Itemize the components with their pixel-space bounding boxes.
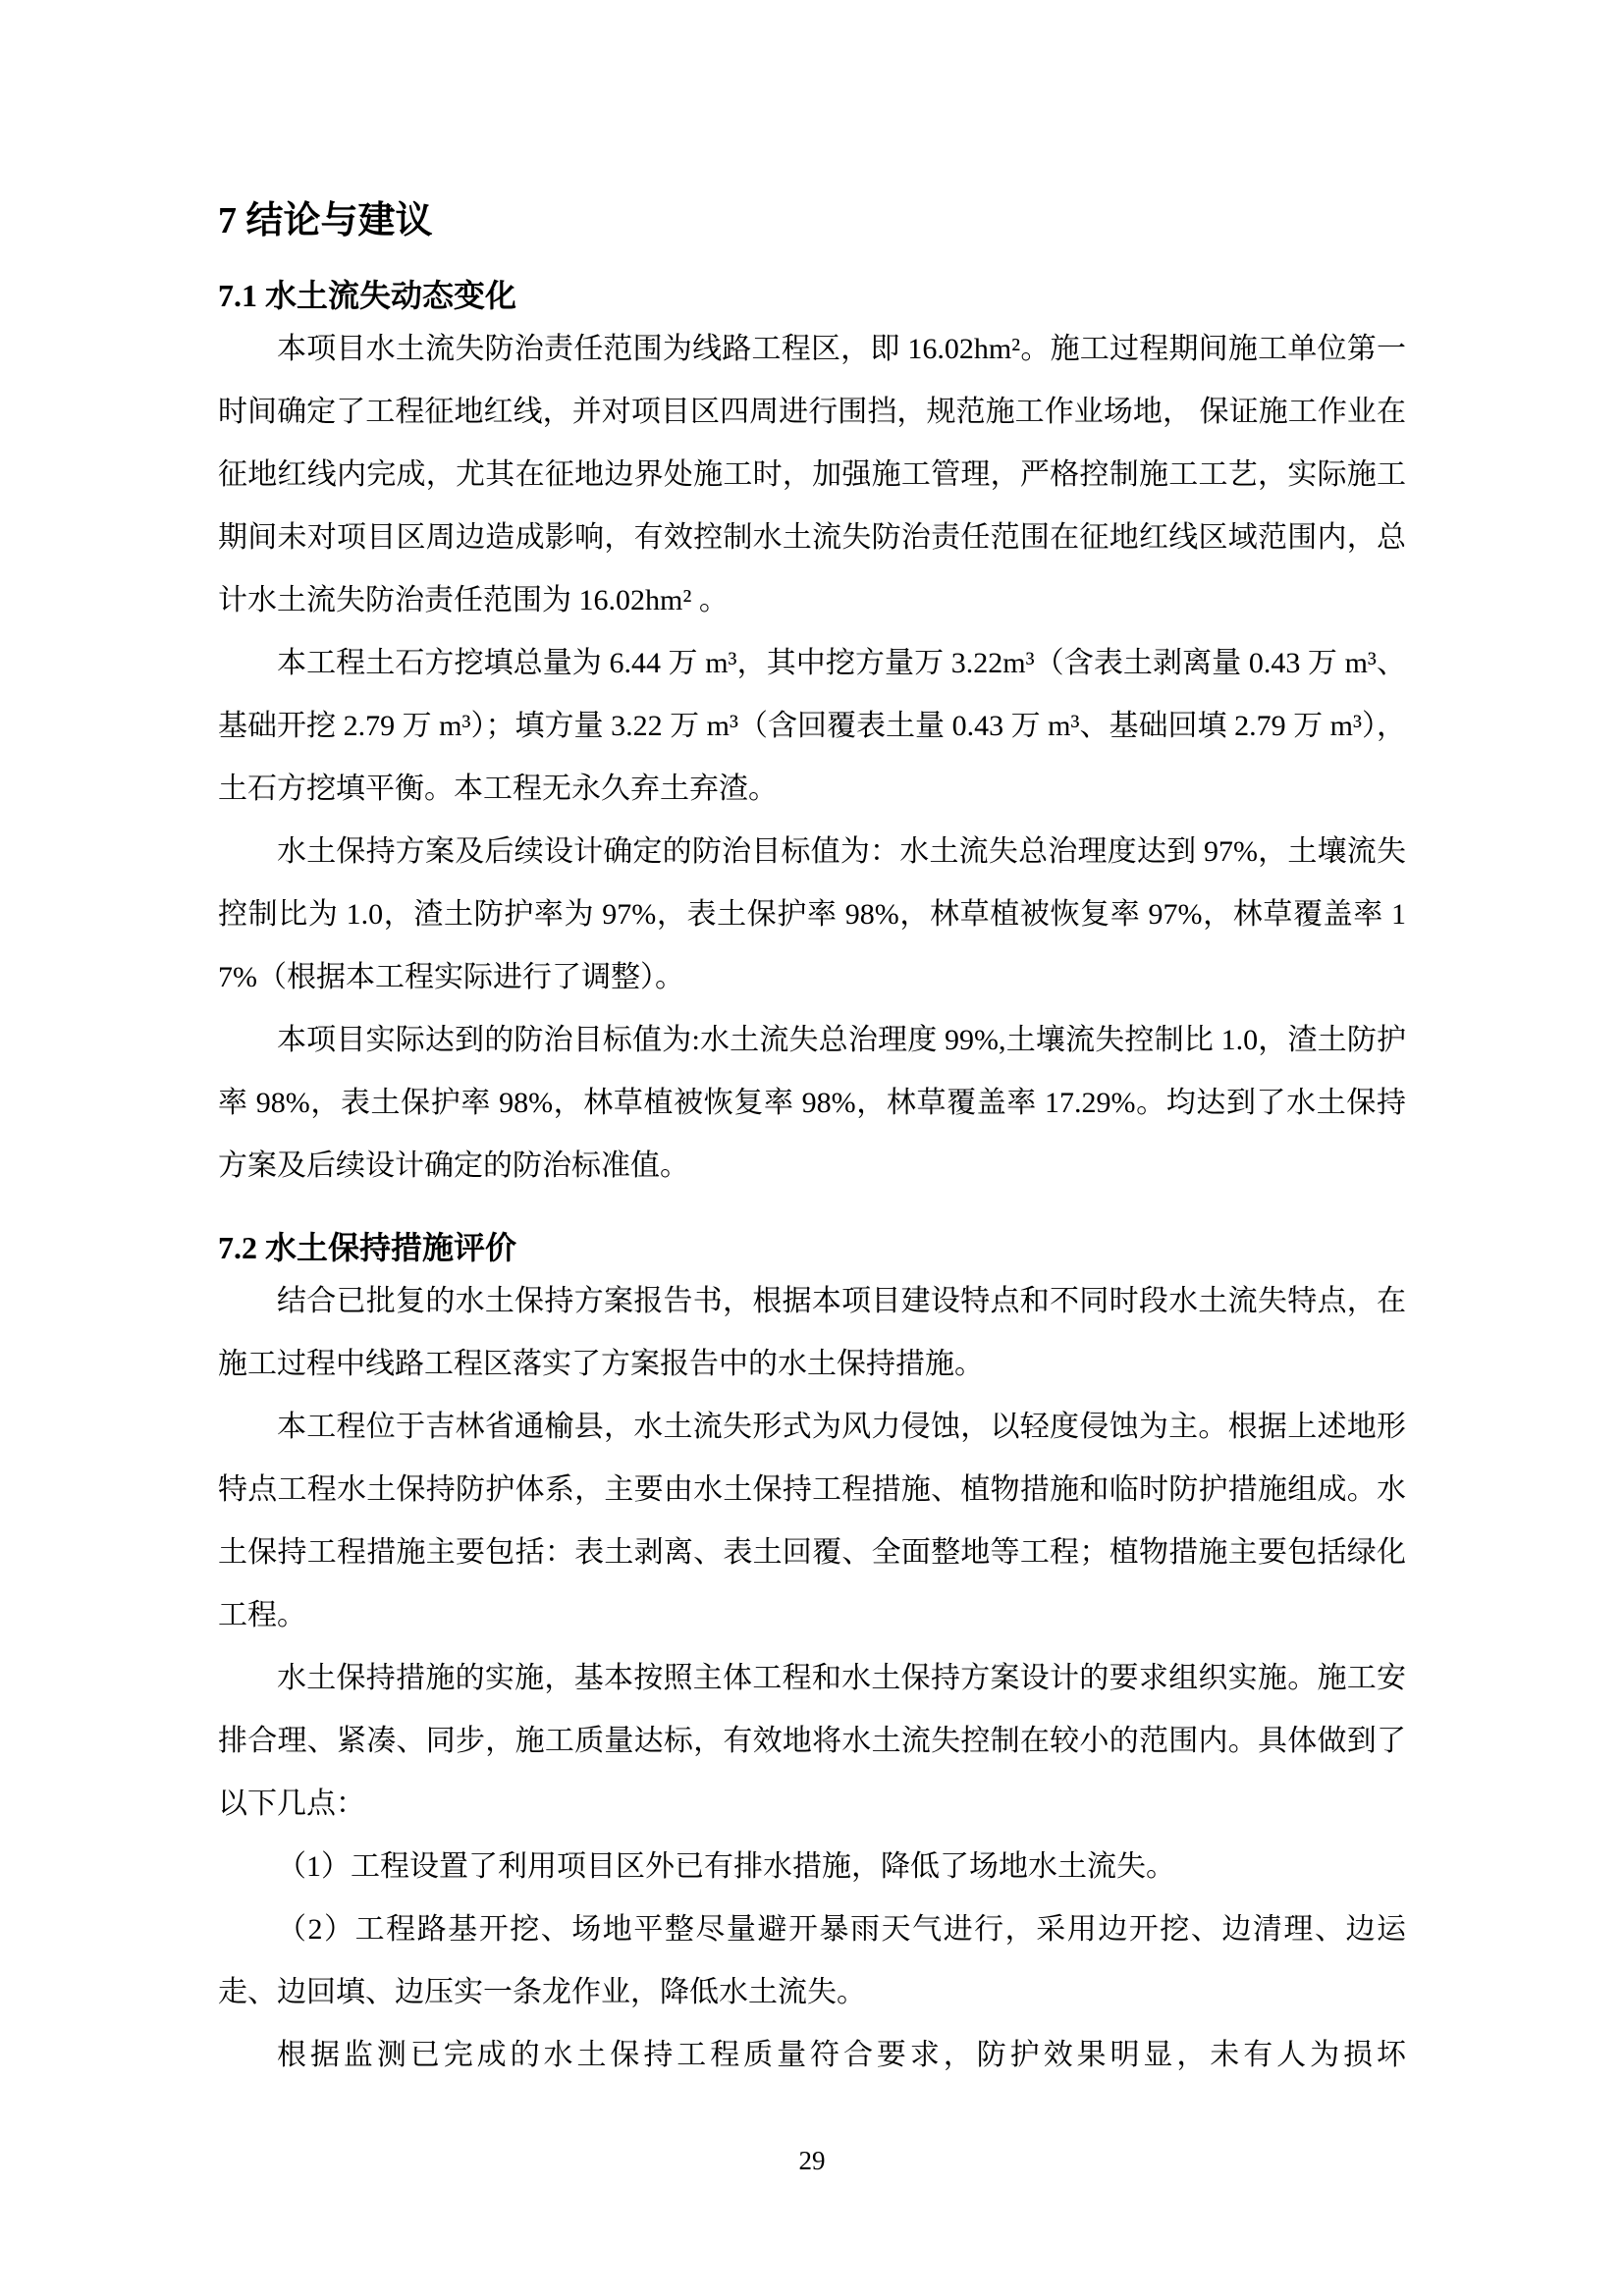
- page-number: 29: [0, 2145, 1624, 2176]
- paragraph-implementation: 水土保持措施的实施，基本按照主体工程和水土保持方案设计的要求组织实施。施工安排合…: [218, 1647, 1406, 1836]
- paragraph-earthwork-volume: 本工程土石方挖填总量为 6.44 万 m³，其中挖方量万 3.22m³（含表土剥…: [218, 632, 1406, 821]
- paragraph-measures-overview: 结合已批复的水土保持方案报告书，根据本项目建设特点和不同时段水土流失特点，在施工…: [218, 1270, 1406, 1396]
- paragraph-project-location: 本工程位于吉林省通榆县，水土流失形式为风力侵蚀，以轻度侵蚀为主。根据上述地形特点…: [218, 1396, 1406, 1647]
- section-heading-7-2: 7.2 水土保持措施评价: [218, 1225, 1406, 1270]
- paragraph-responsibility-scope: 本项目水土流失防治责任范围为线路工程区，即 16.02hm²。施工过程期间施工单…: [218, 318, 1406, 632]
- chapter-title: 7 结论与建议: [218, 196, 1406, 245]
- paragraph-point-2: （2）工程路基开挖、场地平整尽量避开暴雨天气进行，采用边开挖、边清理、边运走、边…: [218, 1898, 1406, 2024]
- document-page: 7 结论与建议 7.1 水土流失动态变化 本项目水土流失防治责任范围为线路工程区…: [0, 0, 1624, 2296]
- paragraph-target-values-actual: 本项目实际达到的防治目标值为:水土流失总治理度 99%,土壤流失控制比 1.0，…: [218, 1009, 1406, 1198]
- paragraph-monitoring-continued: 根据监测已完成的水土保持工程质量符合要求，防护效果明显，未有人为损坏: [218, 2024, 1406, 2087]
- section-heading-7-1: 7.1 水土流失动态变化: [218, 273, 1406, 318]
- paragraph-target-values-plan: 水土保持方案及后续设计确定的防治目标值为：水土流失总治理度达到 97%，土壤流失…: [218, 821, 1406, 1009]
- paragraph-point-1: （1）工程设置了利用项目区外已有排水措施，降低了场地水土流失。: [218, 1836, 1406, 1898]
- section-7-1: 7.1 水土流失动态变化 本项目水土流失防治责任范围为线路工程区，即 16.02…: [218, 273, 1406, 1198]
- section-7-2: 7.2 水土保持措施评价 结合已批复的水土保持方案报告书，根据本项目建设特点和不…: [218, 1225, 1406, 2087]
